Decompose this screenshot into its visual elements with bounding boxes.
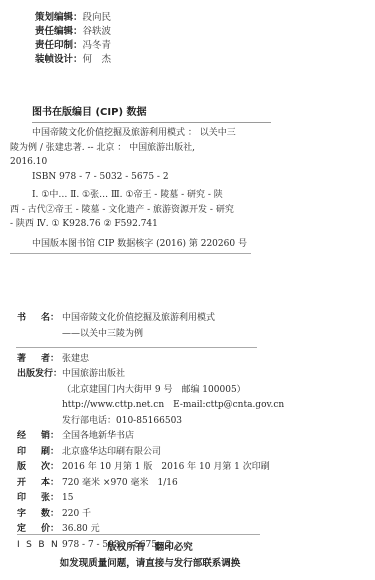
cip-classification: Ⅰ. ①中… Ⅱ. ①张… Ⅲ. ①帝王 - 陵墓 - 研究 - 陕 xyxy=(10,188,255,203)
cip-line: 陵为例 / 张建忠著. -- 北京 ： 中国旅游出版社, xyxy=(10,141,255,156)
credit-value: 段向民 xyxy=(83,12,112,23)
publisher-phone: 发行部电话：010-85166503 xyxy=(17,414,357,430)
detail-title: 书名： 中国帝陵文化价值挖掘及旅游利用模式 xyxy=(17,311,357,327)
quality-notice: 如发现质量问题，请直接与发行部联系调换 xyxy=(0,555,300,569)
credit-cover-designer: 装帧设计：何 杰 xyxy=(35,53,111,67)
word-count-value: 220 千 xyxy=(61,507,91,523)
detail-label: 版次： xyxy=(17,460,61,476)
detail-publisher: 出版发行： 中国旅游出版社 xyxy=(17,367,357,383)
detail-label: 开本： xyxy=(17,476,61,492)
cip-line: 中国帝陵文化价值挖掘及旅游利用模式 ： 以关中三 xyxy=(10,126,255,141)
detail-author: 著者： 张建忠 xyxy=(17,352,357,368)
detail-label: 字数： xyxy=(17,507,61,523)
credit-label: 策划编辑： xyxy=(35,12,83,23)
detail-label: 著者： xyxy=(17,352,61,368)
credit-value: 冯冬青 xyxy=(83,40,112,51)
distributor-value: 全国各地新华书店 xyxy=(61,429,134,445)
credit-value: 谷轶波 xyxy=(83,26,112,37)
publisher-address: （北京建国门内大街甲 9 号 邮编 100005） xyxy=(17,383,357,399)
cip-body: 中国帝陵文化价值挖掘及旅游利用模式 ： 以关中三 陵为例 / 张建忠著. -- … xyxy=(10,126,255,251)
edition-value: 2016 年 10 月第 1 版 2016 年 10 月第 1 次印刷 xyxy=(61,460,270,476)
price-value: 36.80 元 xyxy=(61,522,100,538)
detail-printer: 印刷： 北京盛华达印刷有限公司 xyxy=(17,445,357,461)
credit-print-supervisor: 责任印制：冯冬青 xyxy=(35,39,111,53)
book-title: 中国帝陵文化价值挖掘及旅游利用模式 xyxy=(61,311,215,327)
details-divider xyxy=(16,347,257,348)
cip-bottom-divider xyxy=(10,253,251,254)
credit-responsible-editor: 责任编辑：谷轶波 xyxy=(35,25,111,39)
staff-credits: 策划编辑：段向民 责任编辑：谷轶波 责任印制：冯冬青 装帧设计：何 杰 xyxy=(35,11,111,67)
detail-sheets: 印张： 15 xyxy=(17,491,357,507)
cip-top-divider xyxy=(32,122,271,123)
credit-planning-editor: 策划编辑：段向民 xyxy=(35,11,111,25)
printer-value: 北京盛华达印刷有限公司 xyxy=(61,445,161,461)
format-value: 720 毫米 ×970 毫米 1/16 xyxy=(61,476,178,492)
book-details: 书名： 中国帝陵文化价值挖掘及旅游利用模式 ——以关中三陵为例 著者： 张建忠 … xyxy=(17,311,357,553)
author-name: 张建忠 xyxy=(61,352,89,368)
cip-library-record: 中国版本图书馆 CIP 数据核字 (2016) 第 220260 号 xyxy=(10,237,255,252)
credit-label: 责任编辑： xyxy=(35,26,83,37)
cip-classification: - 陕西 Ⅳ. ① K928.76 ② F592.741 xyxy=(10,217,255,232)
copyright-notice: 版权所有 翻印必究 xyxy=(0,539,300,553)
credit-label: 责任印制： xyxy=(35,40,83,51)
detail-label: 印刷： xyxy=(17,445,61,461)
detail-edition: 版次： 2016 年 10 月第 1 版 2016 年 10 月第 1 次印刷 xyxy=(17,460,357,476)
credit-value: 何 杰 xyxy=(83,54,112,65)
cip-heading: 图书在版编目 (CIP) 数据 xyxy=(32,103,147,118)
sheets-value: 15 xyxy=(61,491,73,507)
detail-price: 定价： 36.80 元 xyxy=(17,522,357,538)
cip-classification: 西 - 古代②帝王 - 陵墓 - 文化遗产 - 旅游资源开发 - 研究 xyxy=(10,203,255,218)
detail-label: 定价： xyxy=(17,522,61,538)
detail-format: 开本： 720 毫米 ×970 毫米 1/16 xyxy=(17,476,357,492)
detail-label: 出版发行： xyxy=(17,367,61,383)
detail-label: 经销： xyxy=(17,429,61,445)
footer-divider xyxy=(17,534,260,535)
book-subtitle: ——以关中三陵为例 xyxy=(17,327,357,342)
publisher-name: 中国旅游出版社 xyxy=(61,367,125,383)
publisher-web-email: http://www.cttp.net.cn E-mail:cttp@cnta.… xyxy=(17,398,357,414)
detail-distributor: 经销： 全国各地新华书店 xyxy=(17,429,357,445)
credit-label: 装帧设计： xyxy=(35,54,83,65)
cip-isbn: ISBN 978 - 7 - 5032 - 5675 - 2 xyxy=(10,170,255,185)
detail-word-count: 字数： 220 千 xyxy=(17,507,357,523)
cip-line: 2016.10 xyxy=(10,155,255,170)
detail-label: 书名： xyxy=(17,311,61,327)
detail-label: 印张： xyxy=(17,491,61,507)
